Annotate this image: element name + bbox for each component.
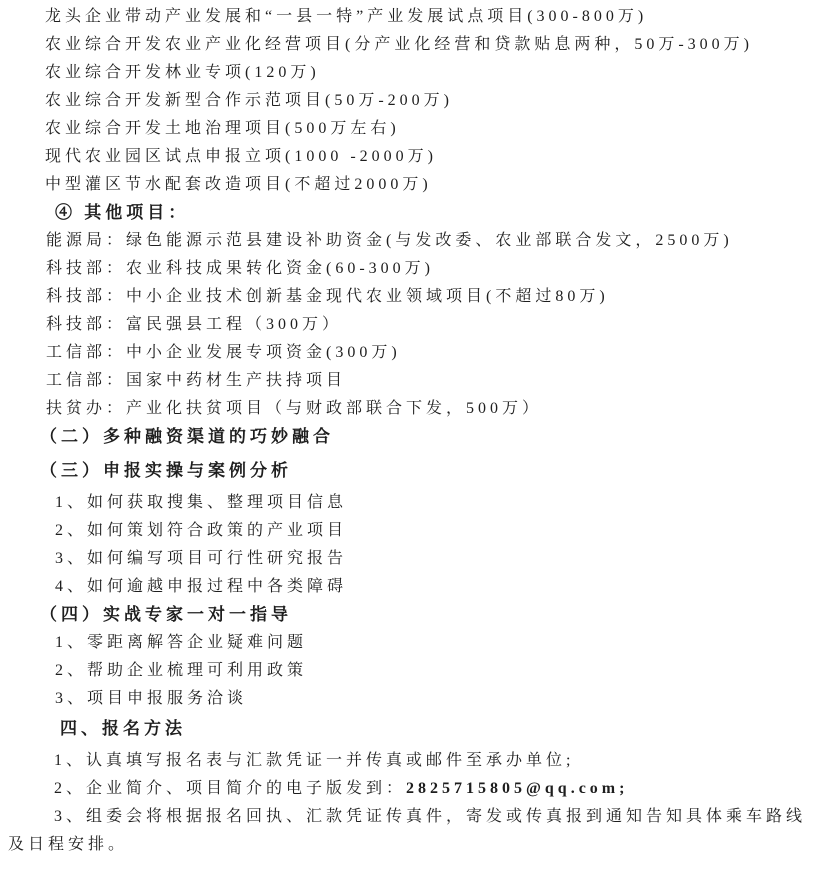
list-item: 2、帮助企业梳理可利用政策 <box>55 657 815 685</box>
registration-step-1: 1、认真填写报名表与汇款凭证一并传真或邮件至承办单位; <box>8 747 815 775</box>
dept-project-line: 科技部：中小企业技术创新基金现代农业领域项目(不超过80万) <box>46 283 815 311</box>
heading-registration: 四、报名方法 <box>60 715 815 743</box>
contact-email: 2825715805@qq.com <box>406 780 619 797</box>
project-line: 中型灌区节水配套改造项目(不超过2000万) <box>45 171 815 199</box>
heading-section-2: （二）多种融资渠道的巧妙融合 <box>40 423 815 451</box>
dept-project-line: 能源局：绿色能源示范县建设补助资金(与发改委、农业部联合发文，2500万) <box>46 227 815 255</box>
heading-section-3: （三）申报实操与案例分析 <box>40 457 815 485</box>
project-line: 农业综合开发林业专项(120万) <box>45 59 815 87</box>
dept-project-line: 科技部：农业科技成果转化资金(60-300万) <box>46 255 815 283</box>
list-item: 3、如何编写项目可行性研究报告 <box>55 545 815 573</box>
heading-other-projects: ④ 其他项目： <box>55 199 815 227</box>
list-item: 3、项目申报服务洽谈 <box>55 685 815 713</box>
project-line: 农业综合开发土地治理项目(500万左右) <box>45 115 815 143</box>
registration-step-2-suffix: ; <box>619 780 628 797</box>
registration-step-2-text: 2、企业简介、项目简介的电子版发到： <box>54 780 406 797</box>
list-item: 2、如何策划符合政策的产业项目 <box>55 517 815 545</box>
dept-project-line: 工信部：国家中药材生产扶持项目 <box>46 367 815 395</box>
document-page: 龙头企业带动产业发展和“一县一特”产业发展试点项目(300-800万) 农业综合… <box>0 0 821 869</box>
dept-project-line: 科技部：富民强县工程（300万） <box>46 311 815 339</box>
project-line: 现代农业园区试点申报立项(1000 -2000万) <box>45 143 815 171</box>
heading-section-4: （四）实战专家一对一指导 <box>40 601 815 629</box>
list-item: 1、零距离解答企业疑难问题 <box>55 629 815 657</box>
project-line: 农业综合开发新型合作示范项目(50万-200万) <box>45 87 815 115</box>
project-line: 农业综合开发农业产业化经营项目(分产业化经营和贷款贴息两种，50万-300万) <box>45 31 815 59</box>
registration-step-2: 2、企业简介、项目简介的电子版发到：2825715805@qq.com; <box>8 775 815 803</box>
registration-step-3: 3、组委会将根据报名回执、汇款凭证传真件，寄发或传真报到通知告知具体乘车路线及日… <box>8 803 815 859</box>
list-item: 1、如何获取搜集、整理项目信息 <box>55 489 815 517</box>
project-line: 龙头企业带动产业发展和“一县一特”产业发展试点项目(300-800万) <box>45 3 815 31</box>
dept-project-line: 扶贫办：产业化扶贫项目（与财政部联合下发，500万） <box>46 395 815 423</box>
list-item: 4、如何逾越申报过程中各类障碍 <box>55 573 815 601</box>
dept-project-line: 工信部：中小企业发展专项资金(300万) <box>46 339 815 367</box>
